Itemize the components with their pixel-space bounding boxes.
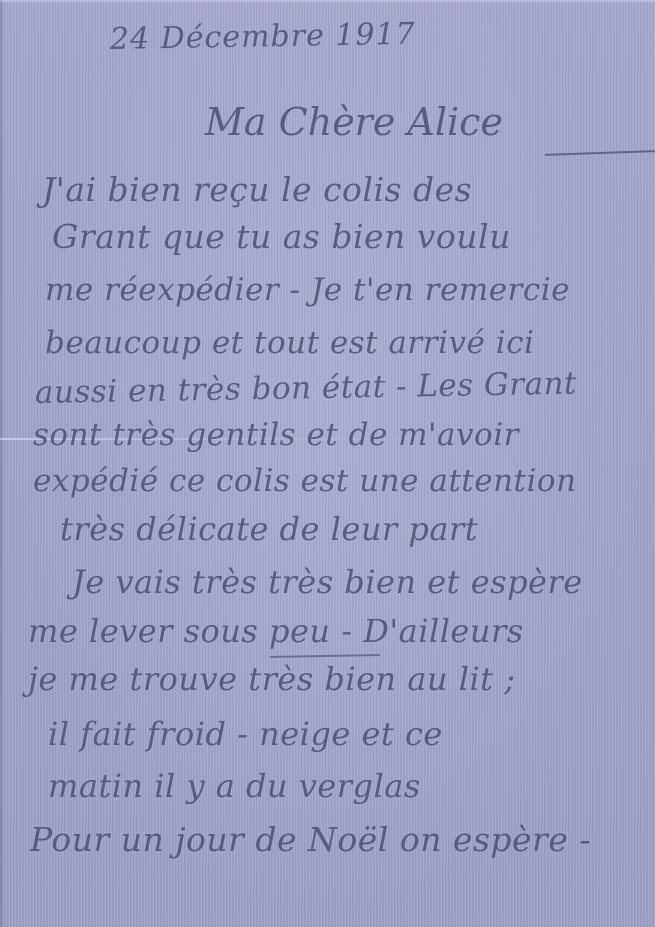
letter-line: Grant que tu as bien voulu <box>52 217 511 256</box>
paper-left-edge <box>0 0 4 927</box>
letter-date: 24 Décembre 1917 <box>110 17 416 57</box>
paper-top-edge <box>0 0 655 3</box>
letter-line: très délicate de leur part <box>60 510 478 548</box>
letter-line: expédié ce colis est une attention <box>33 463 577 499</box>
letter-line: me lever sous peu - D'ailleurs <box>28 612 524 650</box>
letter-line: sont très gentils et de m'avoir <box>33 417 519 453</box>
letter-line: Pour un jour de Noël on espère - <box>30 820 591 859</box>
letter-line: je me trouve très bien au lit ; <box>28 660 515 698</box>
letter-line: il fait froid - neige et ce <box>48 715 443 753</box>
letter-line: J'ai bien reçu le colis des <box>42 170 472 209</box>
salutation-flourish <box>545 150 655 156</box>
letter-page: 24 Décembre 1917 Ma Chère Alice J'ai bie… <box>0 0 655 927</box>
letter-salutation: Ma Chère Alice <box>205 100 503 144</box>
underline-mark <box>270 654 380 658</box>
letter-line: me réexpédier - Je t'en remercie <box>45 272 570 308</box>
letter-line: Je vais très très bien et espère <box>72 563 583 601</box>
letter-line: matin il y a du verglas <box>48 767 421 805</box>
letter-line: aussi en très bon état - Les Grant <box>35 366 578 411</box>
letter-line: beaucoup et tout est arrivé ici <box>45 325 534 361</box>
